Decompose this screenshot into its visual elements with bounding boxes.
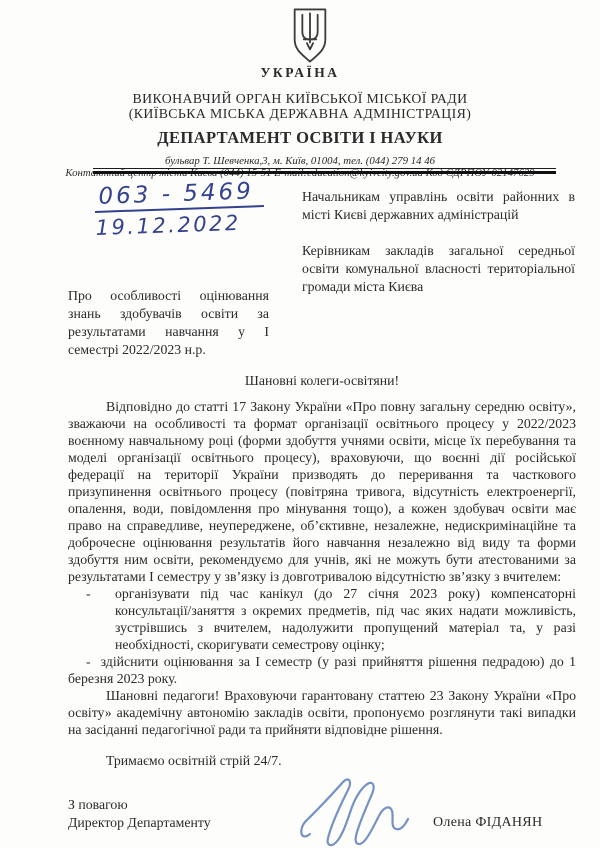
bullet-dash-icon: -: [86, 585, 91, 602]
bullet-item-1: -організувати під час канікул (до 27 січ…: [115, 585, 576, 653]
bullet-dash-icon: -: [86, 654, 91, 669]
scanned-letter-page: УКРАЇНА ВИКОНАВЧИЙ ОРГАН КИЇВСЬКОЇ МІСЬК…: [0, 0, 600, 848]
signoff-position: Директор Департаменту: [68, 814, 211, 832]
registration-date: 19.12.2022: [95, 210, 265, 240]
department-title: ДЕПАРТАМЕНТ ОСВІТИ І НАУКИ: [0, 128, 600, 148]
org-name-line1: ВИКОНАВЧИЙ ОРГАН КИЇВСЬКОЇ МІСЬКОЇ РАДИ: [0, 91, 600, 106]
subject-block: Про особливості оцінювання знань здобува…: [68, 287, 269, 359]
recipient-1: Начальникам управлінь освіти районних в …: [302, 188, 575, 224]
closing-line: Тримаємо освітній стрій 24/7.: [68, 752, 576, 769]
body-paragraph-2: Шановні педагоги! Враховуючи гарантовану…: [68, 687, 576, 738]
registration-block: 063 - 5469 19.12.2022: [94, 178, 265, 240]
org-name-line2: (КИЇВСЬКА МІСЬКА ДЕРЖАВНА АДМІНІСТРАЦІЯ): [0, 106, 600, 121]
body-paragraph-1: Відповідно до статті 17 Закону України «…: [68, 398, 576, 585]
letterhead: УКРАЇНА ВИКОНАВЧИЙ ОРГАН КИЇВСЬКОЇ МІСЬК…: [0, 0, 600, 179]
signoff-respect: З повагою: [68, 796, 211, 814]
country-title: УКРАЇНА: [0, 65, 600, 81]
ukraine-trident-icon: [287, 7, 333, 64]
recipients-block: Начальникам управлінь освіти районних в …: [302, 188, 575, 296]
greeting-line: Шановні колеги-освітяни!: [68, 372, 576, 389]
address-line: бульвар Т. Шевченка,3, м. Київ, 01004, т…: [0, 155, 600, 167]
recipient-2: Керівникам закладів загальної середньої …: [302, 242, 575, 296]
registration-number: 063 - 5469: [94, 178, 264, 213]
letter-body: Шановні колеги-освітяни! Відповідно до с…: [68, 372, 576, 769]
signer-name: Олена ФІДАНЯН: [433, 815, 542, 831]
bullet-item-2-text: здійснити оцінювання за І семестр (у раз…: [68, 654, 576, 686]
signoff-block: З повагою Директор Департаменту: [68, 796, 211, 832]
bullet-item-1-text: організувати під час канікул (до 27 січн…: [115, 586, 576, 652]
letterhead-divider: [93, 168, 556, 174]
bullet-item-2: -здійснити оцінювання за І семестр (у ра…: [68, 653, 576, 687]
handwritten-signature: [292, 778, 410, 848]
